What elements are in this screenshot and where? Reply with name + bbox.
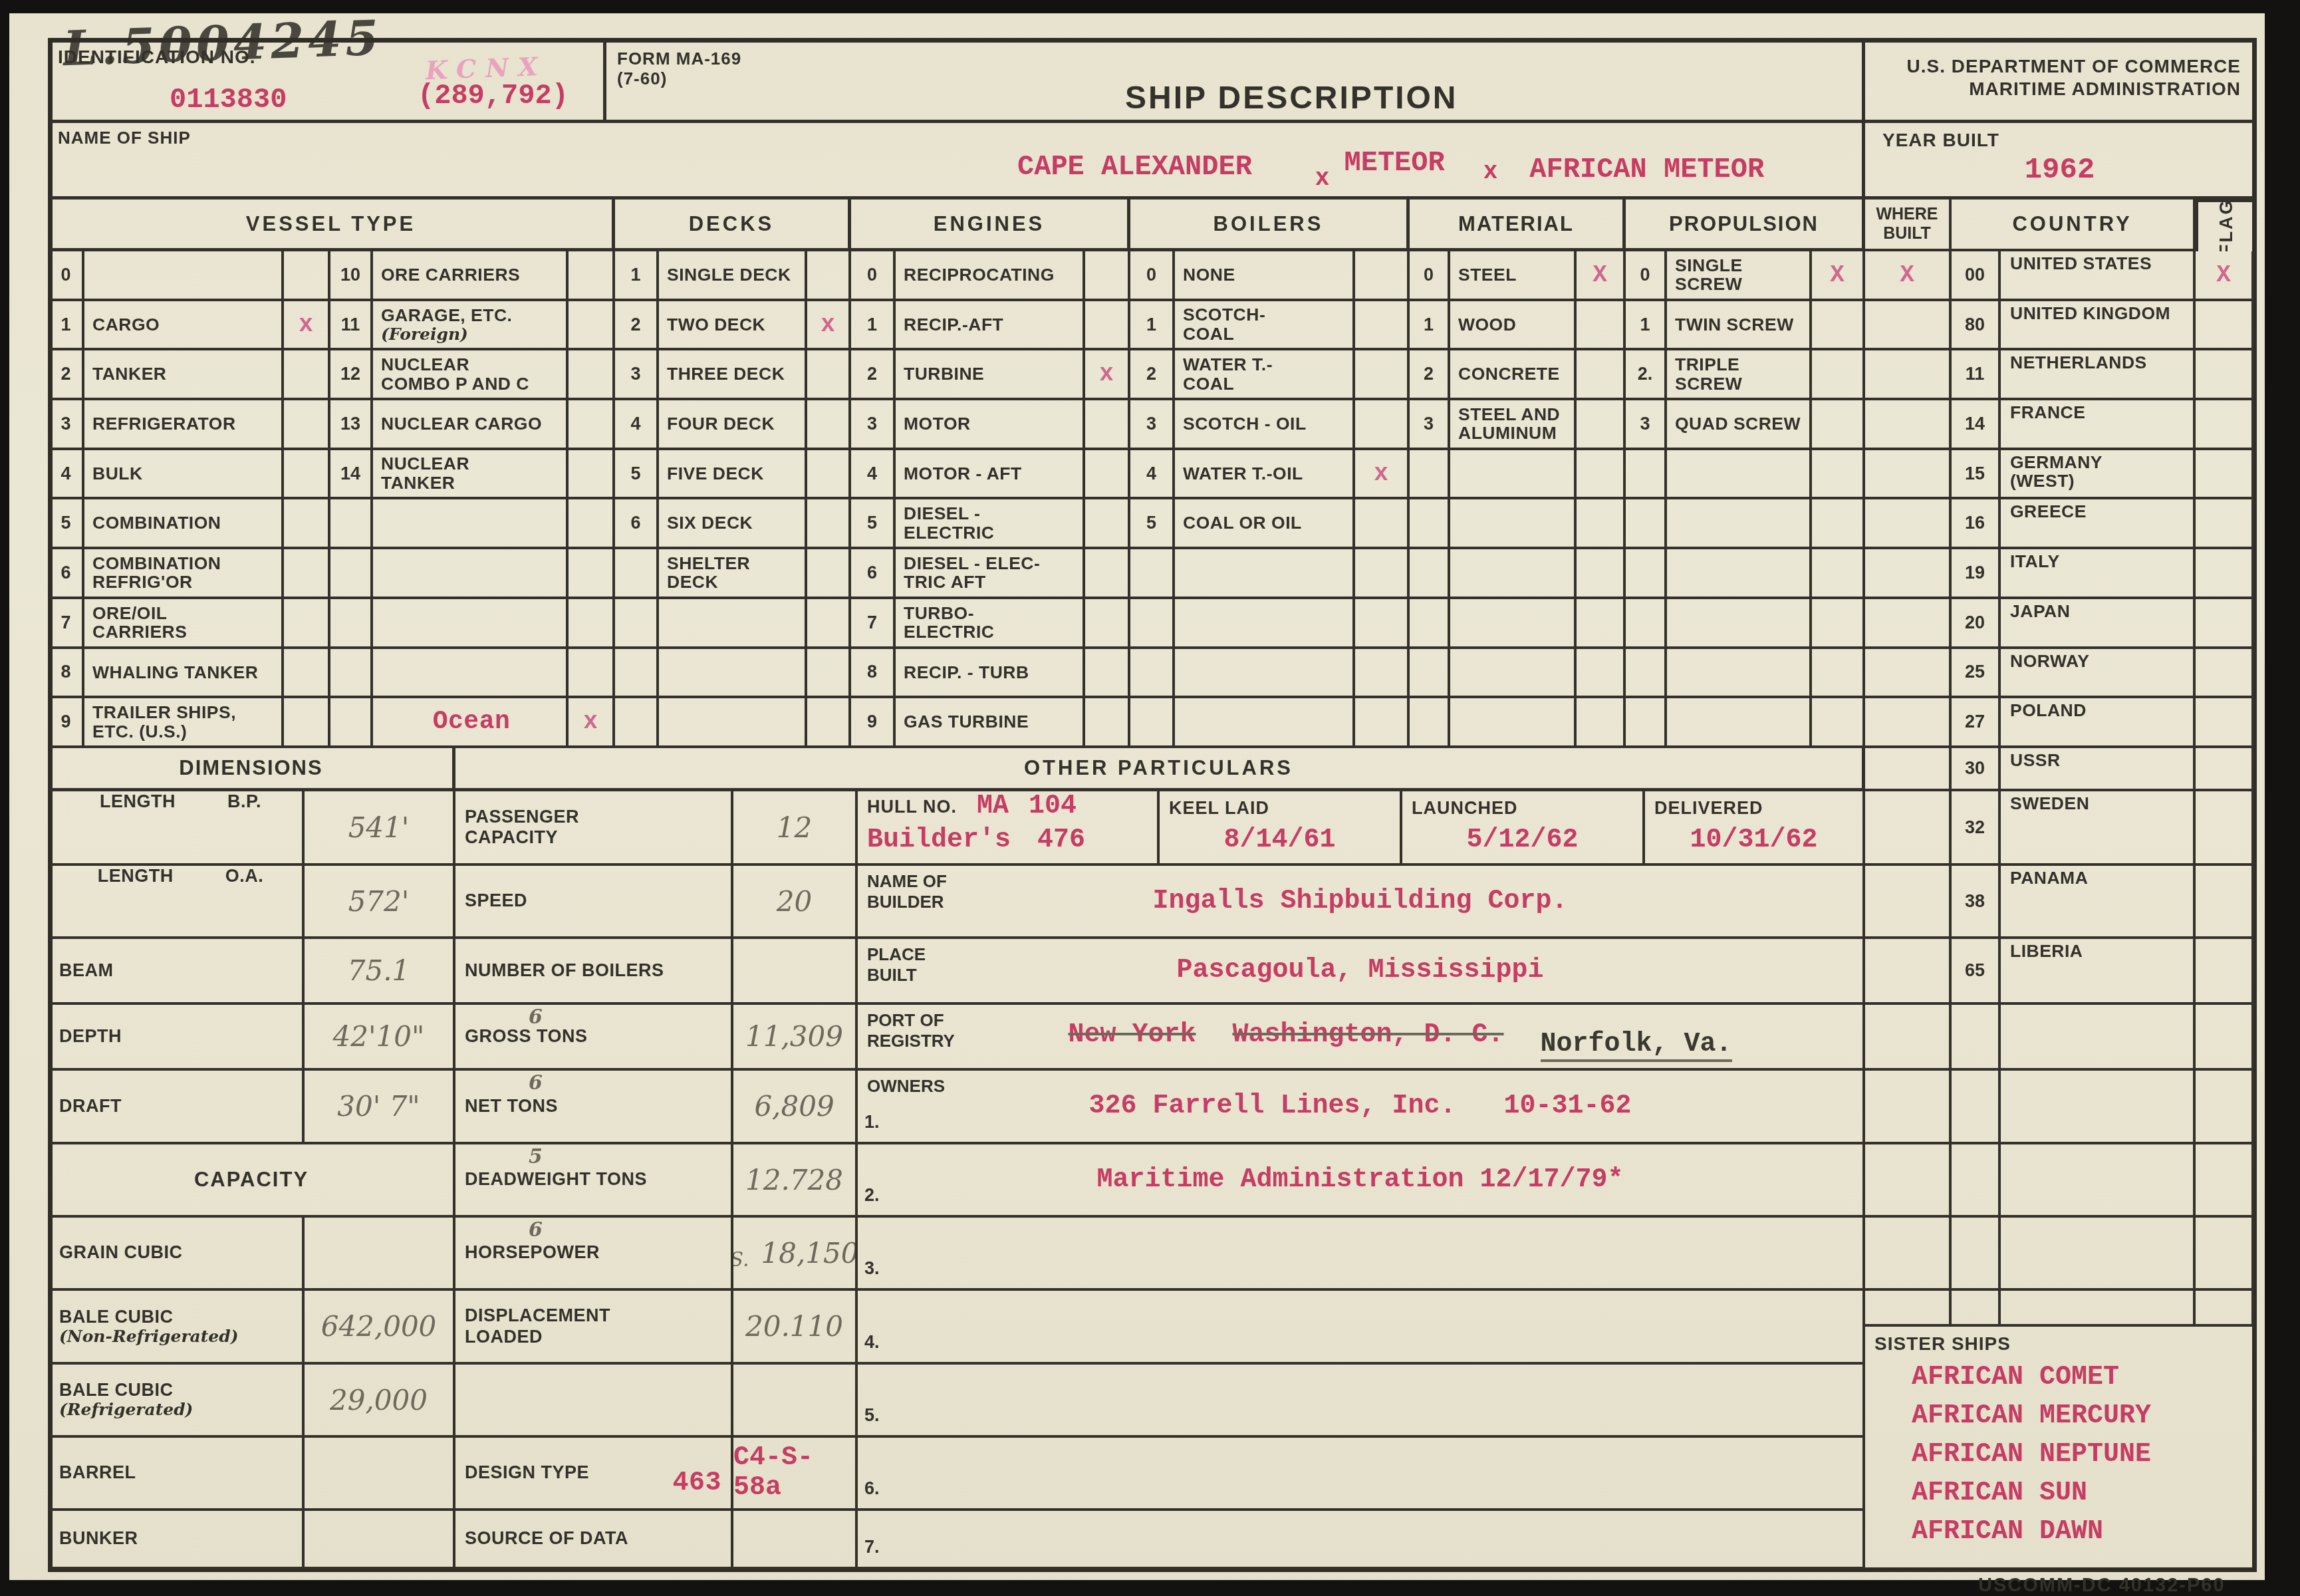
dimension-value-cell: 42'10" — [305, 1005, 455, 1071]
decks-label-cell — [659, 599, 807, 649]
agency-division: MARITIME ADMINISTRATION — [1865, 78, 2241, 100]
propulsion-label-cell: TRIPLESCREW — [1667, 350, 1812, 400]
vessel-type-mark-cell — [569, 549, 615, 599]
vessel-type-header: VESSEL TYPE — [50, 199, 615, 251]
engines-code-cell: 5 — [851, 499, 896, 549]
dimension-label-cell: BUNKER — [50, 1511, 305, 1569]
particular-value-cell: 12.728 — [733, 1144, 858, 1218]
dimension-value-cell — [305, 1218, 455, 1291]
boilers-code-cell: 5 — [1130, 499, 1175, 549]
country-label-cell: FRANCE — [2001, 400, 2196, 450]
material-mark-cell — [1577, 499, 1626, 549]
owner-number: 5. — [864, 1405, 880, 1426]
particular-label-cell: SOURCE OF DATA — [455, 1511, 733, 1569]
owners-label: OWNERS — [867, 1076, 945, 1097]
vessel-type-mark-cell — [284, 400, 330, 450]
port-of-registry-row: PORT OF REGISTRYNew YorkWashington, D. C… — [858, 1005, 1865, 1071]
decks-mark-cell — [807, 649, 851, 699]
pencil-note: 6 — [529, 1072, 543, 1095]
propulsion-code-cell — [1626, 549, 1667, 599]
particular-label: SOURCE OF DATA — [465, 1528, 628, 1549]
dimension-label: DRAFT — [59, 1096, 122, 1117]
country-label-cell-text: GERMANY — [2010, 453, 2103, 472]
propulsion-label-cell — [1667, 599, 1812, 649]
decks-label-cell-text: TWO DECK — [667, 315, 765, 334]
vessel-type-table-left: 01CARGOx2TANKER3REFRIGERATOR4BULK5COMBIN… — [50, 251, 330, 748]
country-label-cell-text: SWEDEN — [2010, 794, 2089, 813]
vessel-type-label-cell: ORE CARRIERS — [373, 251, 569, 301]
dimension-value-cell: 29,000 — [305, 1365, 455, 1438]
vessel-type-mark-cell — [569, 350, 615, 400]
identification-label: IDENTIFICATION NO. — [58, 47, 603, 68]
boilers-code-cell: 1 — [1130, 301, 1175, 351]
boilers-label-cell: SCOTCH-COAL — [1175, 301, 1355, 351]
identification-value: 0113830 — [170, 84, 287, 116]
particular-label: GROSS TONS — [465, 1026, 588, 1047]
country-label-cell-text: LIBERIA — [2010, 942, 2083, 961]
flag-mark-cell — [2196, 698, 2254, 748]
propulsion-label-cell: SINGLE SCREW — [1667, 251, 1812, 301]
propulsion-label-cell: TWIN SCREW — [1667, 301, 1812, 351]
particular-value-cell: 20 — [733, 866, 858, 939]
vessel-type-label-cell-text: NUCLEAR — [381, 454, 469, 473]
decks-mark-cell — [807, 251, 851, 301]
material-code-cell: 0 — [1410, 251, 1450, 301]
engines-code-cell: 1 — [851, 301, 896, 351]
owner-row: 3. — [858, 1218, 1865, 1291]
boilers-mark-cell — [1355, 549, 1410, 599]
particular-value: 12 — [777, 811, 812, 844]
propulsion-mark-cell — [1812, 350, 1865, 400]
sister-ship-name: AFRICAN MERCURY — [1912, 1397, 2254, 1436]
vessel-type-label-cell-text2: TANKER — [381, 473, 455, 493]
particular-value-cell: 11,309 — [733, 1005, 858, 1071]
boilers-mark-cell — [1355, 251, 1410, 301]
engines-label-cell-text2: ELECTRIC — [904, 622, 995, 642]
boilers-label-cell: WATER T.-COAL — [1175, 350, 1355, 400]
boilers-label-cell: SCOTCH - OIL — [1175, 400, 1355, 450]
place-built-row: PLACE BUILTPascagoula, Mississippi — [858, 939, 1865, 1005]
boilers-code-cell — [1130, 599, 1175, 649]
particular-label-cell: DESIGN TYPE463 — [455, 1438, 733, 1511]
engines-code-cell: 9 — [851, 698, 896, 748]
dimension-label-cell: LENGTHB.P. — [50, 791, 305, 866]
vessel-type-label-cell: REFRIGERATOR — [84, 400, 284, 450]
ship-name: CAPE ALEXANDER — [1017, 151, 1252, 183]
flag-mark-cell: X — [2196, 251, 2254, 301]
country-code-cell: 00 — [1952, 251, 2001, 301]
where-built-header: WHERE BUILT — [1865, 199, 1952, 251]
decks-label-cell: TWO DECK — [659, 301, 807, 351]
material-label-cell-text: STEEL — [1458, 265, 1517, 285]
dimension-label: BEAM — [59, 960, 114, 981]
where-built-mark-cell — [1865, 450, 1952, 500]
decks-mark-cell — [807, 499, 851, 549]
vessel-type-label-cell: CARGO — [84, 301, 284, 351]
boilers-label-cell-text2: COAL — [1183, 325, 1234, 344]
owner-number: 1. — [864, 1112, 880, 1132]
engines-label-cell: TURBINE — [896, 350, 1085, 400]
dimension-label: BUNKER — [59, 1528, 138, 1549]
propulsion-label-cell — [1667, 450, 1812, 500]
propulsion-header: PROPULSION — [1626, 199, 1865, 251]
vessel-type-label-cell-text2: ETC. (U.S.) — [92, 722, 187, 741]
engines-label-cell-text2: TRIC AFT — [904, 573, 986, 592]
country-code-cell — [1952, 1218, 2001, 1291]
hull-dates-row: HULL NO.MA104Builder's476KEEL LAID8/14/6… — [858, 791, 1865, 866]
vessel-type-label-cell: ORE/OILCARRIERS — [84, 599, 284, 649]
owner-number: 3. — [864, 1258, 880, 1279]
design-type-code: 463 — [672, 1468, 721, 1499]
other-particulars-header: OTHER PARTICULARS — [455, 748, 1865, 791]
country-code-cell: 25 — [1952, 649, 2001, 699]
where-built-mark-cell: X — [1865, 251, 1952, 301]
country-label-cell: USSR — [2001, 748, 2196, 791]
vessel-type-mark-cell — [569, 251, 615, 301]
dimension-label-cell: BARREL — [50, 1438, 305, 1511]
decks-label-cell-text: FIVE DECK — [667, 464, 764, 483]
boilers-mark-cell — [1355, 649, 1410, 699]
engines-label-cell: RECIP. - TURB — [896, 649, 1085, 699]
boilers-label-cell-text2: COAL — [1183, 374, 1234, 394]
decks-label-cell: THREE DECK — [659, 350, 807, 400]
particular-label: NUMBER OF BOILERS — [465, 960, 664, 981]
decks-label-cell — [659, 649, 807, 699]
decks-mark-cell — [807, 698, 851, 748]
boilers-mark-cell — [1355, 499, 1410, 549]
material-code-cell — [1410, 450, 1450, 500]
country-code-cell: 80 — [1952, 301, 2001, 351]
owner-number: 6. — [864, 1478, 880, 1499]
propulsion-code-cell: 0 — [1626, 251, 1667, 301]
vessel-type-mark-cell — [284, 698, 330, 748]
port-of-registry-values: New YorkWashington, D. C.Norfolk, Va. — [938, 1020, 1862, 1053]
country-label-cell-text: UNITED KINGDOM — [2010, 304, 2170, 323]
vessel-type-label-cell — [373, 599, 569, 649]
flag-mark-cell — [2196, 301, 2254, 351]
country-label-cell-text: USSR — [2010, 751, 2061, 770]
sister-ship-name: AFRICAN COMET — [1912, 1359, 2254, 1397]
vessel-type-label-cell-text: TANKER — [92, 364, 166, 384]
decks-mark-cell — [807, 400, 851, 450]
decks-label-cell: SIX DECK — [659, 499, 807, 549]
vessel-type-label-cell-text: CARGO — [92, 315, 160, 334]
dimension-label-cell: GRAIN CUBIC — [50, 1218, 305, 1291]
boilers-table: 0NONE1SCOTCH-COAL2WATER T.-COAL3SCOTCH -… — [1130, 251, 1410, 748]
former-name-mark-2: x — [1483, 158, 1498, 186]
country-label-cell-text: NETHERLANDS — [2010, 353, 2147, 372]
propulsion-code-cell — [1626, 499, 1667, 549]
boilers-label-cell — [1175, 649, 1355, 699]
form-title-box: FORM MA-169 (7-60) SHIP DESCRIPTION — [606, 40, 1865, 123]
boilers-mark-cell — [1355, 400, 1410, 450]
country-label-cell: JAPAN — [2001, 599, 2196, 649]
vessel-type-code-cell — [330, 698, 373, 748]
where-built-cell — [1865, 748, 1952, 791]
material-code-cell — [1410, 499, 1450, 549]
dimension-value-cell: 75.1 — [305, 939, 455, 1005]
propulsion-mark-cell: X — [1812, 251, 1865, 301]
dimension-value-cell: 642,000 — [305, 1291, 455, 1365]
dimension-label: LENGTH — [98, 866, 174, 886]
propulsion-code-cell: 1 — [1626, 301, 1667, 351]
dimension-label: GRAIN CUBIC — [59, 1242, 183, 1263]
particular-label: DEADWEIGHT TONS — [465, 1169, 647, 1190]
vessel-type-mark-cell: x — [284, 301, 330, 351]
engines-label-cell-text: RECIP.-AFT — [904, 315, 1003, 334]
flag-mark-cell — [2196, 599, 2254, 649]
material-label-cell — [1450, 450, 1577, 500]
former-ship-name-2: AFRICAN METEOR — [1529, 154, 1764, 186]
vessel-type-mark-cell — [569, 400, 615, 450]
engines-code-cell: 6 — [851, 549, 896, 599]
propulsion-mark-cell — [1812, 499, 1865, 549]
vessel-type-label-cell: BULK — [84, 450, 284, 500]
hull-line-1: HULL NO.MA104 — [867, 791, 1077, 821]
where-built-mark-cell — [1865, 599, 1952, 649]
propulsion-mark-cell — [1812, 599, 1865, 649]
dimension-value-cell — [305, 1511, 455, 1569]
engines-label-cell-text: DIESEL - ELEC- — [904, 554, 1040, 573]
decks-label-cell: SHELTER DECK — [659, 549, 807, 599]
builders-hull-value: 476 — [1037, 825, 1085, 855]
country-code-cell: 15 — [1952, 450, 2001, 500]
particular-value-cell — [733, 1511, 858, 1569]
vessel-type-label-cell-text: WHALING TANKER — [92, 663, 258, 682]
flag-mark-cell — [2196, 400, 2254, 450]
where-built-cell — [1865, 1218, 1952, 1291]
decks-label-cell-text: SHELTER DECK — [667, 554, 801, 592]
country-code-cell: 32 — [1952, 791, 2001, 866]
vessel-type-mark-cell — [284, 549, 330, 599]
propulsion-label-cell — [1667, 549, 1812, 599]
particular-label: SPEED — [465, 890, 527, 911]
engines-code-cell: 2 — [851, 350, 896, 400]
country-code-cell: 65 — [1952, 939, 2001, 1005]
decks-label-cell-text: SINGLE DECK — [667, 265, 791, 285]
flag-mark-cell — [2196, 649, 2254, 699]
engines-mark-cell — [1085, 450, 1130, 500]
where-built-cell — [1865, 939, 1952, 1005]
vessel-type-label-cell-text: NUCLEAR — [381, 355, 469, 374]
name-of-ship-label: NAME OF SHIP — [58, 128, 1862, 148]
particular-value: 20 — [777, 885, 812, 918]
material-label-cell — [1450, 649, 1577, 699]
material-mark-cell — [1577, 301, 1626, 351]
particular-value: 11,309 — [745, 1020, 843, 1053]
flag-cell — [2196, 866, 2254, 939]
boilers-label-cell — [1175, 599, 1355, 649]
propulsion-code-cell: 3 — [1626, 400, 1667, 450]
engines-header: ENGINES — [851, 199, 1130, 251]
vessel-type-label-cell — [373, 549, 569, 599]
vessel-type-code-cell: 10 — [330, 251, 373, 301]
engines-code-cell: 8 — [851, 649, 896, 699]
engines-mark-cell — [1085, 599, 1130, 649]
engines-mark-cell — [1085, 649, 1130, 699]
particular-value-cell: 12 — [733, 791, 858, 866]
sister-ships-box: SISTER SHIPS AFRICAN COMETAFRICAN MERCUR… — [1865, 1327, 2254, 1566]
date-cell: DELIVERED10/31/62 — [1645, 791, 1862, 863]
particular-value-cell — [733, 939, 858, 1005]
capacity-header: CAPACITY — [50, 1144, 455, 1218]
owner-value: 326 Farrell Lines, Inc. 10-31-62 — [858, 1091, 1862, 1121]
decks-code-cell: 5 — [615, 450, 659, 500]
engines-mark-cell — [1085, 301, 1130, 351]
vessel-type-label-cell: Ocean — [373, 698, 569, 748]
particular-label: DISPLACEMENT — [465, 1305, 610, 1326]
owner-row: 6. — [858, 1438, 1865, 1511]
flag-header: FLAG — [2196, 199, 2254, 251]
flag-mark-cell — [2196, 350, 2254, 400]
country-code-cell: 27 — [1952, 698, 2001, 748]
country-code-cell — [1952, 1144, 2001, 1218]
particular-label: PASSENGER — [465, 807, 579, 827]
particular-value: 18,150 — [761, 1237, 858, 1269]
boilers-label-cell: COAL OR OIL — [1175, 499, 1355, 549]
decks-code-cell — [615, 649, 659, 699]
where-built-mark-cell — [1865, 549, 1952, 599]
boilers-mark-cell — [1355, 301, 1410, 351]
country-code-cell — [1952, 1071, 2001, 1144]
propulsion-mark-cell — [1812, 450, 1865, 500]
dimension-sublabel: B.P. — [227, 791, 261, 812]
particular-label-cell: 6HORSEPOWER — [455, 1218, 733, 1291]
dimension-value-cell: 30' 7" — [305, 1071, 455, 1144]
vessel-type-mark-cell — [569, 450, 615, 500]
material-code-cell: 2 — [1410, 350, 1450, 400]
decks-table: 1SINGLE DECK2TWO DECKx3THREE DECK4FOUR D… — [615, 251, 851, 748]
sister-ship-name: AFRICAN SUN — [1912, 1474, 2254, 1513]
country-label-cell: GREECE — [2001, 499, 2196, 549]
propulsion-label-cell-text: TWIN SCREW — [1675, 315, 1794, 334]
dimension-label: DEPTH — [59, 1026, 122, 1047]
propulsion-label-cell: QUAD SCREW — [1667, 400, 1812, 450]
dimension-sublabel: O.A. — [225, 866, 264, 886]
vessel-type-label-cell: WHALING TANKER — [84, 649, 284, 699]
vessel-type-label-cell-text: ORE/OIL — [92, 604, 167, 623]
country-label-cell-text: JAPAN — [2010, 602, 2070, 621]
propulsion-table: 0SINGLE SCREWX1TWIN SCREW2.TRIPLESCREW3Q… — [1626, 251, 1865, 748]
dimension-label2: (Non-Refrigerated) — [59, 1327, 239, 1347]
flag-mark-cell — [2196, 450, 2254, 500]
value-prefix: S. — [733, 1248, 749, 1271]
country-code-cell: 19 — [1952, 549, 2001, 599]
material-label-cell — [1450, 599, 1577, 649]
vessel-type-label-cell: NUCLEARCOMBO P AND C — [373, 350, 569, 400]
propulsion-label-cell-text: TRIPLE — [1675, 355, 1739, 374]
engines-label-cell-text: RECIP. - TURB — [904, 663, 1029, 682]
country-label-cell — [2001, 1005, 2196, 1071]
boilers-mark-cell — [1355, 599, 1410, 649]
vessel-type-label-cell: COMBINATIONREFRIG'OR — [84, 549, 284, 599]
boilers-code-cell: 3 — [1130, 400, 1175, 450]
vessel-type-code-cell — [330, 649, 373, 699]
boilers-mark-cell: x — [1355, 450, 1410, 500]
country-label-cell: POLAND — [2001, 698, 2196, 748]
date-label: DELIVERED — [1654, 798, 1763, 819]
country-code-cell: 20 — [1952, 599, 2001, 649]
flag-cell — [2196, 1218, 2254, 1291]
material-code-cell: 1 — [1410, 301, 1450, 351]
print-code: USCOMM-DC 40132-P60 — [1978, 1575, 2226, 1596]
particular-label: HORSEPOWER — [465, 1242, 600, 1263]
port-struck-2: Washington, D. C. — [1232, 1020, 1503, 1050]
where-built-cell — [1865, 791, 1952, 866]
vessel-type-code-cell: 4 — [50, 450, 84, 500]
particular-label: DESIGN TYPE — [465, 1462, 589, 1483]
hull-no-prefix: MA — [977, 791, 1009, 821]
material-label-cell-text: WOOD — [1458, 315, 1516, 334]
vessel-type-label-cell-text: TRAILER SHIPS, — [92, 703, 236, 722]
vessel-type-code-cell: 11 — [330, 301, 373, 351]
boilers-label-cell: NONE — [1175, 251, 1355, 301]
decks-label-cell: SINGLE DECK — [659, 251, 807, 301]
vessel-type-label-cell-text: REFRIGERATOR — [92, 414, 236, 434]
particular-value-cell: S.18,150 — [733, 1218, 858, 1291]
where-built-mark-cell — [1865, 649, 1952, 699]
date-label: LAUNCHED — [1412, 798, 1518, 819]
engines-code-cell: 0 — [851, 251, 896, 301]
owner-number: 2. — [864, 1185, 880, 1206]
agency-name: U.S. DEPARTMENT OF COMMERCE — [1865, 56, 2241, 77]
sister-ships-list: AFRICAN COMETAFRICAN MERCURYAFRICAN NEPT… — [1912, 1359, 2254, 1551]
propulsion-mark-cell — [1812, 301, 1865, 351]
year-built-value: 1962 — [1865, 154, 2254, 187]
vessel-type-mark-cell — [284, 649, 330, 699]
port-current: Norfolk, Va. — [1541, 1029, 1732, 1062]
decks-code-cell: 1 — [615, 251, 659, 301]
decks-mark-cell — [807, 599, 851, 649]
propulsion-label-cell-text: QUAD SCREW — [1675, 414, 1801, 434]
propulsion-code-cell — [1626, 599, 1667, 649]
engines-code-cell: 4 — [851, 450, 896, 500]
owner-row: 4. — [858, 1291, 1865, 1365]
particular-value: 12.728 — [745, 1164, 843, 1196]
name-of-builder-row: NAME OF BUILDERIngalls Shipbuilding Corp… — [858, 866, 1865, 939]
vessel-type-code-cell: 1 — [50, 301, 84, 351]
boilers-label-cell-text: SCOTCH- — [1183, 305, 1265, 325]
country-label-cell: UNITED KINGDOM — [2001, 301, 2196, 351]
flag-cell — [2196, 1291, 2254, 1327]
particular-label-cell — [455, 1365, 733, 1438]
propulsion-label-cell — [1667, 499, 1812, 549]
country-table-lower: 30USSR32SWEDEN38PANAMA65LIBERIA — [1865, 748, 2254, 1327]
port-struck-1: New York — [1068, 1020, 1196, 1050]
engines-mark-cell — [1085, 698, 1130, 748]
particular-label2: LOADED — [465, 1327, 543, 1347]
where-built-cell — [1865, 866, 1952, 939]
decks-code-cell — [615, 698, 659, 748]
material-mark-cell: X — [1577, 251, 1626, 301]
hull-line-2: Builder's476 — [867, 825, 1085, 855]
where-built-mark-cell — [1865, 499, 1952, 549]
sister-ships-label: SISTER SHIPS — [1874, 1333, 2254, 1355]
country-label-cell-text: PANAMA — [2010, 868, 2088, 888]
ship-name-line: CAPE ALEXANDER x METEOR x AFRICAN METEOR — [1017, 151, 1764, 183]
decks-mark-cell — [807, 350, 851, 400]
vessel-type-code-cell: 6 — [50, 549, 84, 599]
vessel-type-code-cell — [330, 599, 373, 649]
material-mark-cell — [1577, 549, 1626, 599]
propulsion-code-cell — [1626, 450, 1667, 500]
flag-cell — [2196, 1144, 2254, 1218]
decks-code-cell: 4 — [615, 400, 659, 450]
country-label-cell — [2001, 1144, 2196, 1218]
particular-label-cell: PASSENGERCAPACITY — [455, 791, 733, 866]
country-label-cell-text: GREECE — [2010, 502, 2087, 521]
engines-mark-cell — [1085, 549, 1130, 599]
